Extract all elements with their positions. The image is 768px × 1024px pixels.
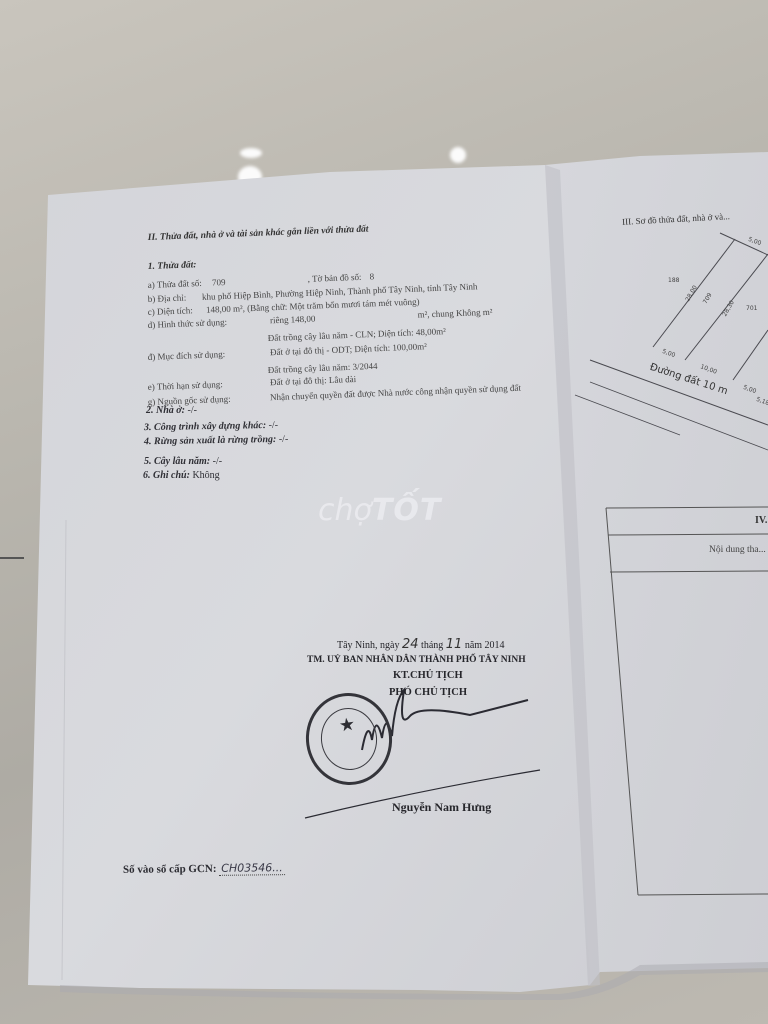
changes-table-title: IV. Nhữ... [755, 515, 768, 526]
parcel-label-701: 701 [746, 305, 757, 312]
changes-table-header: Nội dung tha... [709, 545, 766, 555]
paper-outline [0, 0, 768, 1024]
parcel-label-188: 188 [668, 277, 679, 284]
certificate-spread [0, 0, 768, 1024]
